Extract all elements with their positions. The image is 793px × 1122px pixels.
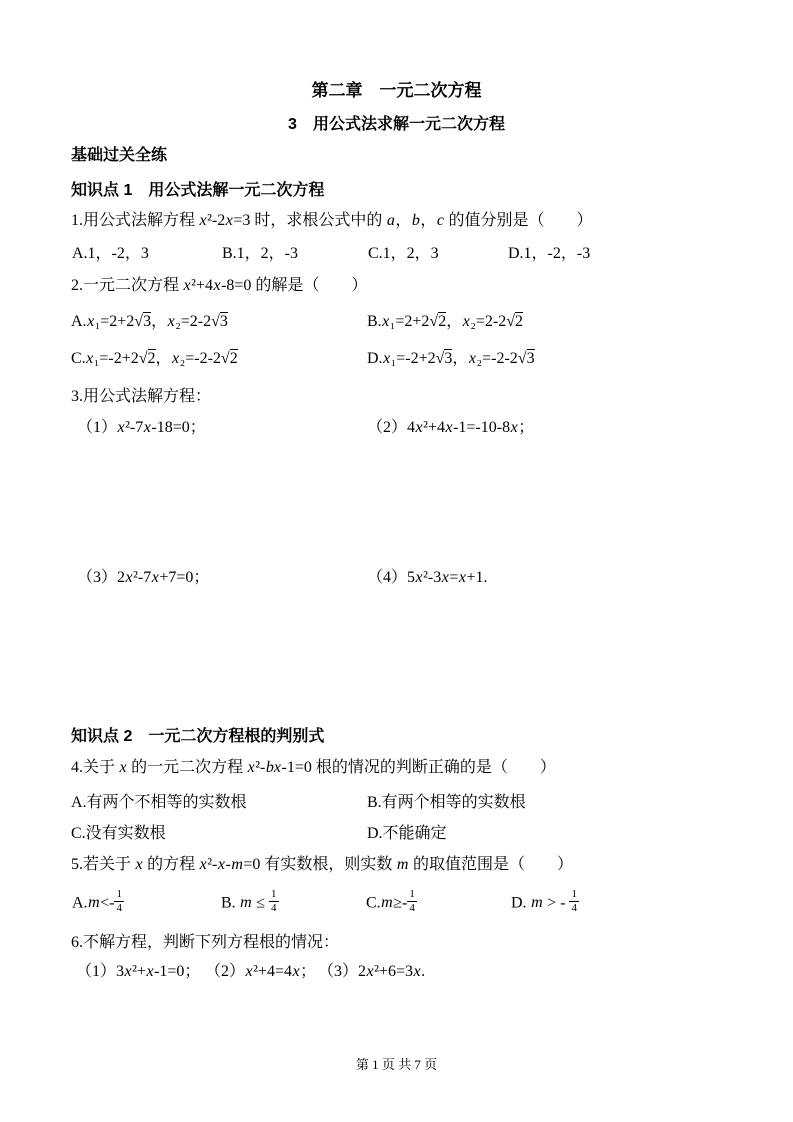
math-variable: m: [231, 856, 244, 873]
q4-option-c: C.没有实数根: [71, 820, 166, 843]
math-variable: x: [413, 963, 421, 980]
math-variable: x: [292, 963, 300, 980]
math-variable: m: [531, 894, 544, 911]
knowledge-point-2-heading: 知识点 2 一元二次方程根的判别式: [71, 723, 722, 746]
q6-stem: 6.不解方程，判断下列方程根的情况：: [71, 929, 722, 952]
math-variable: x: [415, 569, 423, 586]
math-variable: b: [411, 212, 420, 229]
math-variable: x: [117, 419, 125, 436]
math-variable: x: [86, 350, 94, 367]
q4-option-a: A.有两个不相等的实数根: [71, 789, 247, 812]
math-variable: m: [240, 894, 253, 911]
square-root: √2: [429, 312, 446, 331]
math-variable: x: [458, 569, 466, 586]
math-variable: x: [366, 963, 374, 980]
math-variable: x: [151, 569, 159, 586]
fraction: 14: [269, 888, 279, 915]
fraction: 14: [114, 888, 124, 915]
math-variable: x: [199, 856, 207, 873]
math-variable: c: [436, 212, 444, 229]
page-footer: 第 1 页 共 7 页: [71, 1054, 722, 1073]
square-root: √2: [506, 312, 523, 331]
math-variable: x: [510, 419, 518, 436]
math-variable: x: [124, 963, 132, 980]
math-variable: x: [119, 759, 127, 776]
math-variable: x: [213, 277, 221, 294]
math-variable: m: [381, 894, 394, 911]
section-title: 3 用公式法求解一元二次方程: [71, 111, 722, 134]
q6-part-2: （2）x²+4=4x；: [205, 958, 316, 981]
math-variable: x: [199, 212, 207, 229]
square-root: √3: [436, 349, 453, 368]
math-variable: x: [383, 350, 391, 367]
q4-option-b: B.有两个相等的实数根: [367, 789, 526, 812]
q1-option-b: B.1，2，-3: [222, 240, 298, 263]
math-variable: x: [245, 963, 253, 980]
math-variable: a: [386, 212, 395, 229]
q4-option-d: D.不能确定: [367, 820, 447, 843]
q5-stem: 5.若关于 x 的方程 x²-x-m=0 有实数根，则实数 m 的取值范围是（ …: [71, 851, 722, 874]
math-variable: x: [217, 856, 225, 873]
math-variable: m: [88, 894, 101, 911]
square-root: √2: [139, 349, 156, 368]
q3-stem: 3.用公式法解方程：: [71, 383, 722, 406]
q5-option-a: A.m<-14: [72, 890, 124, 917]
fraction: 14: [569, 888, 579, 915]
math-variable: x: [143, 419, 151, 436]
q5-option-c: C.m≥-14: [366, 890, 417, 917]
math-variable: x: [415, 419, 423, 436]
knowledge-point-1-heading: 知识点 1 用公式法解一元二次方程: [71, 177, 722, 200]
q3-part-3: （3）2x²-7x+7=0；: [77, 564, 209, 587]
q5-option-d: D. m > - 14: [511, 890, 579, 917]
math-variable: x: [382, 313, 390, 330]
math-variable: x: [87, 313, 95, 330]
math-variable: x: [172, 350, 180, 367]
q3-part-2: （2）4x²+4x-1=-10-8x；: [367, 414, 534, 437]
worksheet-page: 第二章 一元二次方程 3 用公式法求解一元二次方程 基础过关全练 知识点 1 用…: [0, 0, 793, 1122]
q1-option-a: A.1，-2，3: [72, 240, 149, 263]
math-variable: x: [125, 569, 133, 586]
math-variable: x: [135, 856, 143, 873]
q1-stem: 1.用公式法解方程 x²-2x=3 时，求根公式中的 a，b，c 的值分别是（ …: [71, 207, 722, 230]
math-variable: x: [225, 212, 233, 229]
q2-option-c: C.x₁=-2+2√2，x₂=-2-2√2: [71, 345, 238, 368]
q3-part-4: （4）5x²-3x=x+1.: [367, 564, 488, 587]
square-root: √2: [221, 349, 238, 368]
q1-option-d: D.1，-2，-3: [508, 240, 590, 263]
math-variable: x: [462, 313, 470, 330]
q4-stem: 4.关于 x 的一元二次方程 x²-bx-1=0 根的情况的判断正确的是（ ）: [71, 754, 722, 777]
q6-part-1: （1）3x²+x-1=0；: [76, 958, 200, 981]
math-variable: x: [183, 277, 191, 294]
square-root: √3: [134, 312, 151, 331]
q2-stem: 2.一元二次方程 x²+4x-8=0 的解是（ ）: [71, 272, 722, 295]
math-variable: x: [247, 759, 255, 776]
band-title: 基础过关全练: [71, 142, 722, 165]
math-variable: x: [146, 963, 154, 980]
square-root: √3: [211, 312, 228, 331]
math-variable: x: [445, 419, 453, 436]
q3-part-1: （1）x²-7x-18=0；: [77, 414, 206, 437]
chapter-title: 第二章 一元二次方程: [71, 76, 722, 101]
fraction: 14: [407, 888, 417, 915]
q1-option-c: C.1，2，3: [368, 240, 439, 263]
q6-part-3: （3）2x²+6=3x.: [318, 958, 425, 981]
math-variable: m: [396, 856, 409, 873]
q2-option-d: D.x₁=-2+2√3，x₂=-2-2√3: [367, 345, 535, 368]
math-variable: x: [468, 350, 476, 367]
square-root: √3: [518, 349, 535, 368]
math-variable: bx: [265, 759, 281, 776]
math-variable: x: [167, 313, 175, 330]
q2-option-b: B.x₁=2+2√2，x₂=2-2√2: [367, 308, 523, 331]
q5-option-b: B. m ≤ 14: [221, 890, 279, 917]
q2-option-a: A.x₁=2+2√3，x₂=2-2√3: [71, 308, 228, 331]
math-variable: x: [441, 569, 449, 586]
